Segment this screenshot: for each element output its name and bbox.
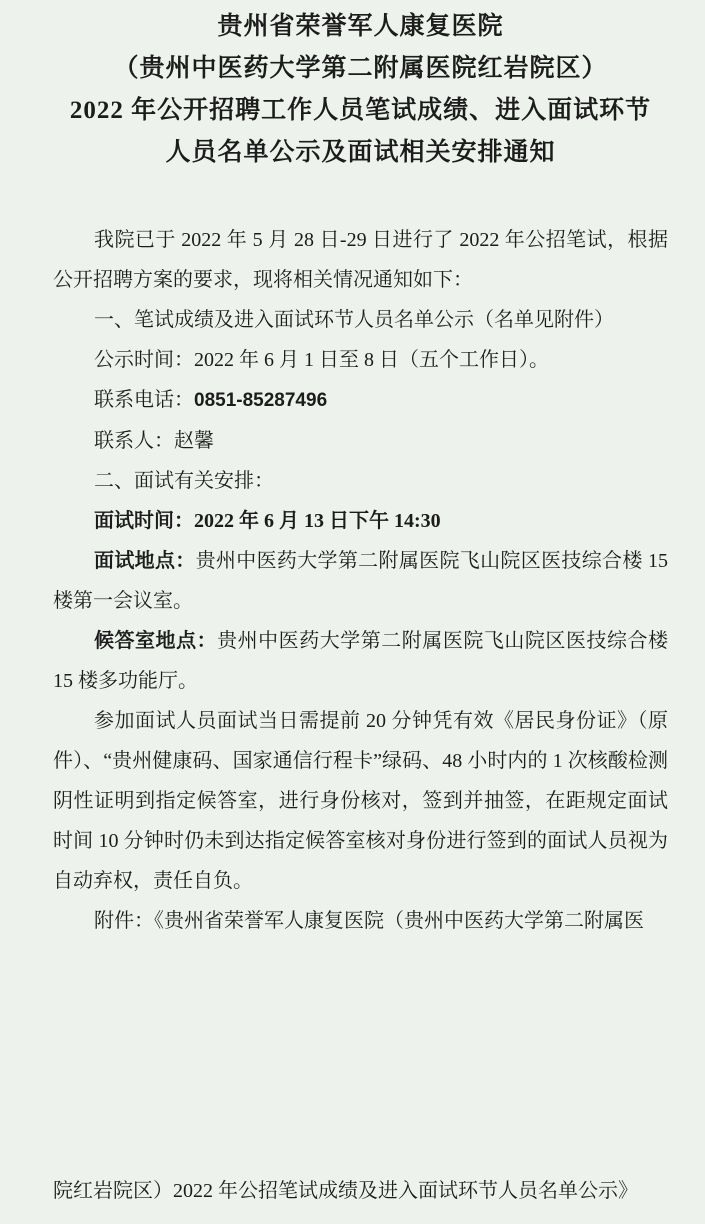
waiting-room-label: 候答室地点： (94, 630, 217, 652)
attachment-line: 附件：《贵州省荣誉军人康复医院（贵州中医药大学第二附属医 (53, 901, 668, 941)
page-gap (53, 941, 668, 1171)
requirements-paragraph: 参加面试人员面试当日需提前 20 分钟凭有效《居民身份证》（原件）、“贵州健康码… (53, 701, 668, 901)
title-line-recruitment: 2022 年公开招聘工作人员笔试成绩、进入面试环节 (53, 90, 668, 132)
section-1-heading: 一、笔试成绩及进入面试环节人员名单公示（名单见附件） (53, 300, 668, 340)
interview-place-paragraph: 面试地点：贵州中医药大学第二附属医院飞山院区医技综合楼 15 楼第一会议室。 (53, 541, 668, 621)
interview-place-label: 面试地点： (94, 550, 196, 572)
title-line-campus: （贵州中医药大学第二附属医院红岩院区） (53, 48, 668, 90)
notice-document: 贵州省荣誉军人康复医院 （贵州中医药大学第二附属医院红岩院区） 2022 年公开… (0, 0, 705, 1224)
contact-phone-label: 联系电话： (94, 389, 194, 411)
title-line-hospital: 贵州省荣誉军人康复医院 (53, 6, 668, 48)
contact-person-line: 联系人：赵馨 (53, 421, 668, 461)
title-line-announcement: 人员名单公示及面试相关安排通知 (53, 132, 668, 174)
attachment-continuation-line: 院红岩院区）2022 年公招笔试成绩及进入面试环节人员名单公示》 (53, 1171, 668, 1211)
contact-phone-line: 联系电话：0851-85287496 (53, 380, 668, 421)
interview-time-line: 面试时间：2022 年 6 月 13 日下午 14:30 (53, 501, 668, 541)
section-2-heading: 二、面试有关安排： (53, 461, 668, 501)
intro-paragraph: 我院已于 2022 年 5 月 28 日-29 日进行了 2022 年公招笔试，… (53, 220, 668, 300)
waiting-room-paragraph: 候答室地点：贵州中医药大学第二附属医院飞山院区医技综合楼 15 楼多功能厅。 (53, 621, 668, 701)
publicity-period-line: 公示时间：2022 年 6 月 1 日至 8 日（五个工作日）。 (53, 340, 668, 380)
contact-phone-number: 0851-85287496 (194, 390, 327, 411)
notice-body: 我院已于 2022 年 5 月 28 日-29 日进行了 2022 年公招笔试，… (53, 220, 668, 1211)
notice-title: 贵州省荣誉军人康复医院 （贵州中医药大学第二附属医院红岩院区） 2022 年公开… (53, 6, 668, 174)
